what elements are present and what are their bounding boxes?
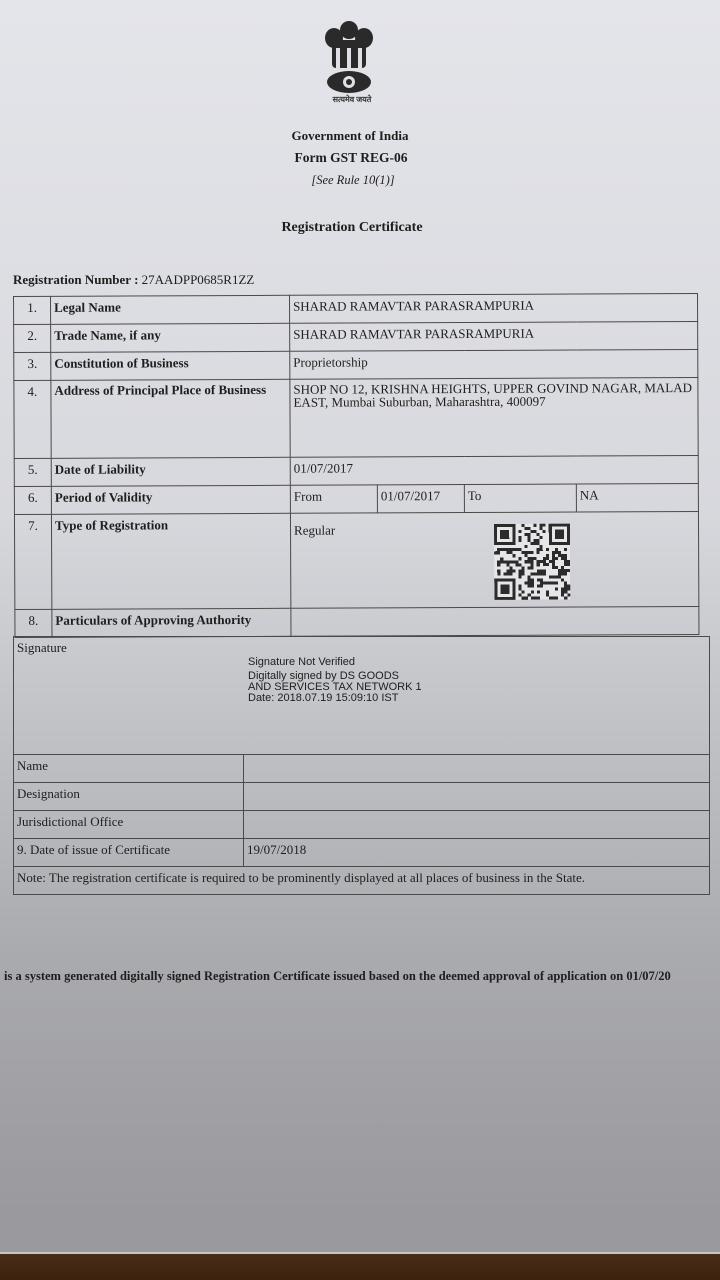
ashoka-emblem-icon — [318, 18, 380, 100]
table-row: 7. Type of Registration Regular — [14, 512, 698, 610]
validity-from-value: 01/07/2017 — [377, 485, 464, 513]
constitution-value: Proprietorship — [290, 350, 698, 380]
jurisdictional-office-value — [244, 811, 710, 839]
registration-number: Registration Number : 27AADPP0685R1ZZ — [13, 272, 254, 288]
validity-to-value: NA — [576, 484, 698, 513]
system-generated-footer: is a system generated digitally signed R… — [4, 969, 671, 984]
designation-value — [244, 783, 710, 811]
row-number: 5. — [14, 458, 51, 486]
issue-date-value: 19/07/2018 — [244, 839, 710, 867]
table-row: Jurisdictional Office — [14, 811, 710, 839]
qr-code-icon — [494, 524, 570, 600]
signature-label: Signature — [17, 640, 67, 655]
row-label: Trade Name, if any — [51, 323, 290, 352]
table-row: 2. Trade Name, if any SHARAD RAMAVTAR PA… — [14, 322, 698, 353]
authority-table: Signature Signature Not Verified Digital… — [13, 636, 710, 895]
certificate-title: Registration Certificate — [281, 220, 422, 236]
table-row: 6. Period of Validity From 01/07/2017 To… — [14, 484, 698, 515]
row-label: Constitution of Business — [51, 351, 290, 380]
digital-signature-block: Signature Not Verified Digitally signed … — [248, 657, 422, 704]
row-number: 2. — [14, 324, 51, 352]
designation-label: Designation — [14, 783, 244, 811]
registration-value: 27AADPP0685R1ZZ — [142, 272, 255, 287]
row-number: 8. — [15, 609, 52, 637]
row-label: Address of Principal Place of Business — [51, 379, 290, 458]
desk-surface — [0, 1252, 720, 1280]
row-number: 6. — [14, 486, 51, 514]
table-row: 9. Date of issue of Certificate 19/07/20… — [14, 839, 710, 867]
row-label: Legal Name — [51, 295, 290, 324]
display-note: Note: The registration certificate is re… — [14, 867, 710, 895]
signature-date: Date: 2018.07.19 15:09:10 IST — [248, 693, 422, 704]
approving-authority-value — [291, 607, 699, 637]
table-row: Name — [14, 755, 710, 783]
table-row: 4. Address of Principal Place of Busines… — [14, 378, 698, 459]
government-heading: Government of India — [292, 128, 409, 144]
issue-date-label: 9. Date of issue of Certificate — [14, 839, 244, 867]
name-value — [244, 755, 710, 783]
table-row: Designation — [14, 783, 710, 811]
row-label: Period of Validity — [51, 485, 290, 514]
row-number: 3. — [14, 352, 51, 380]
row-number: 1. — [14, 296, 51, 324]
trade-name-value: SHARAD RAMAVTAR PARASRAMPURIA — [290, 322, 698, 352]
name-label: Name — [14, 755, 244, 783]
registration-type-cell: Regular — [290, 512, 698, 609]
motto-text: सत्यमेव जयते — [322, 94, 382, 105]
table-row: Note: The registration certificate is re… — [14, 867, 710, 895]
row-label: Particulars of Approving Authority — [52, 608, 291, 637]
liability-date-value: 01/07/2017 — [290, 456, 698, 486]
details-table: 1. Legal Name SHARAD RAMAVTAR PARASRAMPU… — [13, 293, 699, 638]
table-row: 8. Particulars of Approving Authority — [15, 607, 699, 638]
address-value: SHOP NO 12, KRISHNA HEIGHTS, UPPER GOVIN… — [290, 378, 698, 458]
rule-reference: [See Rule 10(1)] — [311, 173, 394, 188]
table-row: 5. Date of Liability 01/07/2017 — [14, 456, 698, 487]
row-label: Type of Registration — [51, 513, 290, 609]
legal-name-value: SHARAD RAMAVTAR PARASRAMPURIA — [289, 294, 697, 324]
validity-from-label: From — [290, 485, 377, 513]
signature-row: Signature Signature Not Verified Digital… — [14, 637, 710, 755]
row-label: Date of Liability — [51, 457, 290, 486]
jurisdictional-office-label: Jurisdictional Office — [14, 811, 244, 839]
registration-label: Registration Number : — [13, 272, 138, 287]
row-number: 4. — [14, 380, 51, 458]
table-row: 3. Constitution of Business Proprietorsh… — [14, 350, 698, 381]
row-number: 7. — [14, 514, 51, 609]
table-row: 1. Legal Name SHARAD RAMAVTAR PARASRAMPU… — [14, 294, 698, 325]
signature-status: Signature Not Verified — [248, 657, 422, 668]
validity-to-label: To — [464, 484, 576, 512]
form-heading: Form GST REG-06 — [294, 150, 407, 166]
signature-cell: Signature Signature Not Verified Digital… — [14, 637, 710, 755]
